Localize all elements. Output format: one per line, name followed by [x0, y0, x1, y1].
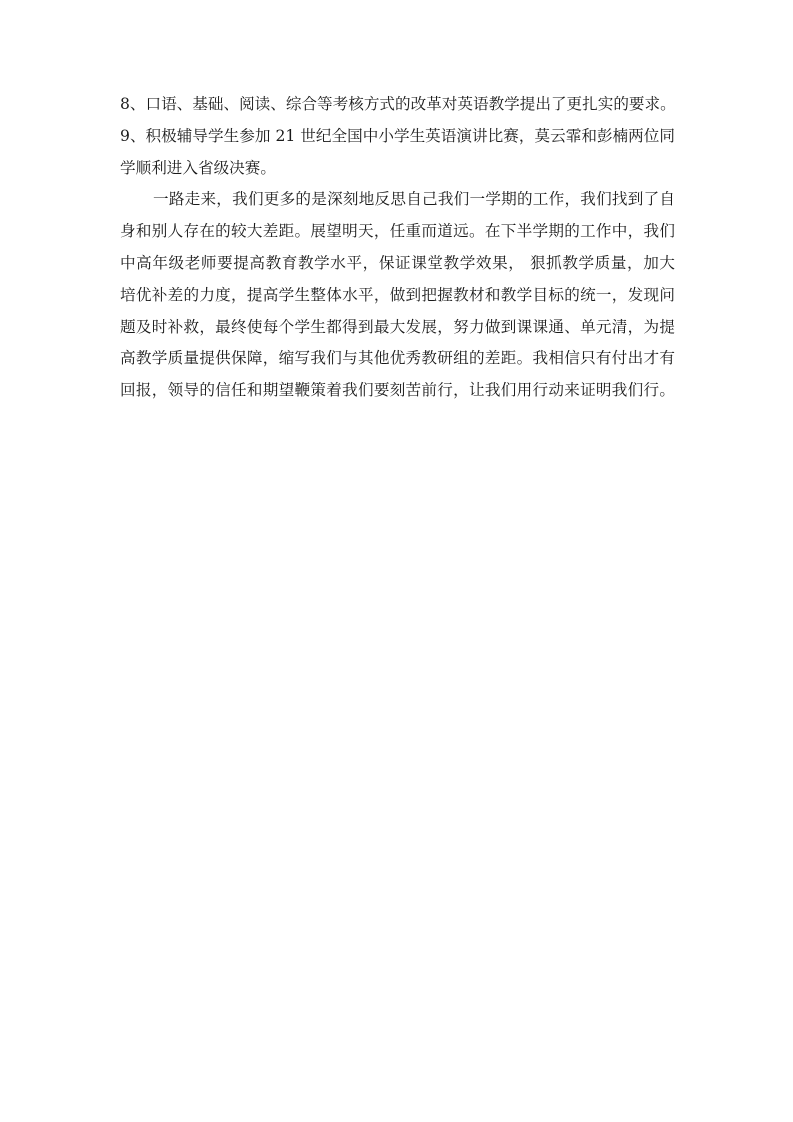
list-item-9: 9、积极辅导学生参加 21 世纪全国中小学生英语演讲比赛，莫云霏和彭楠两位同 学… [120, 121, 675, 185]
list-item-line: 8、口语、基础、阅读、综合等考核方式的改革对英语教学提出了更扎实的要求。 [120, 89, 675, 121]
paragraph-line: 题及时补救，最终使每个学生都得到最大发展，努力做到课课通、单元清，为提 [120, 312, 675, 344]
document-page: 8、口语、基础、阅读、综合等考核方式的改革对英语教学提出了更扎实的要求。 9、积… [0, 0, 793, 1122]
paragraph-line: 身和别人存在的较大差距。展望明天，任重而道远。在下半学期的工作中，我们 [120, 216, 675, 248]
paragraph-line: 回报，领导的信任和期望鞭策着我们要刻苦前行，让我们用行动来证明我们行。 [120, 375, 675, 407]
list-item-line: 学顺利进入省级决赛。 [120, 153, 675, 185]
paragraph-line: 高教学质量提供保障，缩写我们与其他优秀教研组的差距。我相信只有付出才有 [120, 343, 675, 375]
list-item-8: 8、口语、基础、阅读、综合等考核方式的改革对英语教学提出了更扎实的要求。 [120, 89, 675, 121]
list-item-line: 9、积极辅导学生参加 21 世纪全国中小学生英语演讲比赛，莫云霏和彭楠两位同 [120, 121, 675, 153]
closing-paragraph: 一路走来，我们更多的是深刻地反思自己我们一学期的工作，我们找到了自 身和别人存在… [120, 184, 675, 407]
paragraph-line: 一路走来，我们更多的是深刻地反思自己我们一学期的工作，我们找到了自 [120, 184, 675, 216]
paragraph-line: 中高年级老师要提高教育教学水平，保证课堂教学效果， 狠抓教学质量，加大 [120, 248, 675, 280]
document-body: 8、口语、基础、阅读、综合等考核方式的改革对英语教学提出了更扎实的要求。 9、积… [120, 89, 675, 407]
paragraph-line: 培优补差的力度，提高学生整体水平，做到把握教材和教学目标的统一，发现问 [120, 280, 675, 312]
